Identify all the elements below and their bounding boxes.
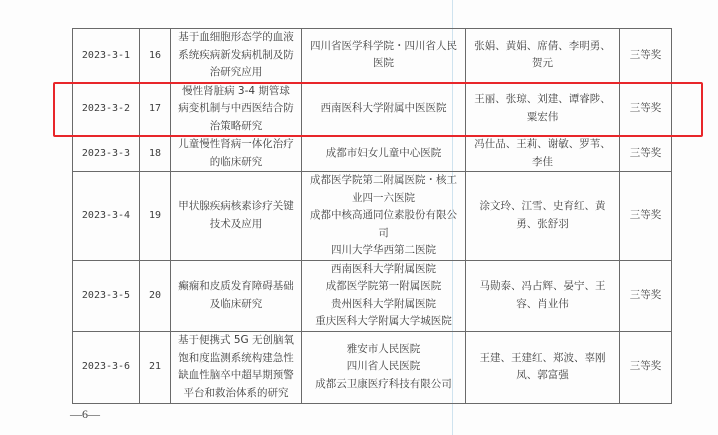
project-title: 慢性肾脏病 3-4 期管球病变机制与中西医结合防治策略研究 [171, 82, 302, 136]
organization: 成都云卫康医疗科技有限公司 [308, 376, 459, 394]
organization: 成都市妇女儿童中心医院 [308, 145, 459, 163]
award-id: 2023-3-1 [73, 29, 140, 83]
award-id: 2023-3-2 [73, 82, 140, 136]
project-title: 甲状腺疾病核素诊疗关键技术及应用 [171, 172, 302, 261]
award-number: 18 [140, 136, 171, 172]
table-row: 2023-3-6 21 基于便携式 5G 无创脑氧饱和度监测系统构建急性缺血性脑… [73, 331, 672, 403]
project-title: 癫痫和皮质发育障碍基础及临床研究 [171, 260, 302, 331]
award-level: 三等奖 [620, 136, 672, 172]
award-level: 三等奖 [620, 29, 672, 83]
award-level: 三等奖 [620, 172, 672, 261]
organization: 西南医科大学附属中医医院 [308, 100, 459, 118]
organization: 成都医学院第一附属医院 [308, 278, 459, 296]
award-number: 20 [140, 260, 171, 331]
team-members: 张娟、黄娟、席倩、李明勇、贺元 [466, 29, 620, 83]
award-level: 三等奖 [620, 260, 672, 331]
team-members: 马勋泰、冯占辉、晏宁、王容、肖业伟 [466, 260, 620, 331]
award-id: 2023-3-3 [73, 136, 140, 172]
team-members: 冯仕品、王莉、谢敏、罗苇、李佳 [466, 136, 620, 172]
project-title: 基于血细胞形态学的血液系统疾病新发病机制及防治研究应用 [171, 29, 302, 83]
award-number: 17 [140, 82, 171, 136]
award-number: 16 [140, 29, 171, 83]
award-level: 三等奖 [620, 82, 672, 136]
awards-table: 2023-3-1 16 基于血细胞形态学的血液系统疾病新发病机制及防治研究应用 … [72, 28, 672, 404]
organization: 成都医学院第二附属医院・核工业四一六医院 [308, 172, 459, 207]
award-id: 2023-3-5 [73, 260, 140, 331]
award-number: 21 [140, 331, 171, 403]
organizations: 西南医科大学附属医院 成都医学院第一附属医院 贵州医科大学附属医院 重庆医科大学… [302, 260, 466, 331]
award-id: 2023-3-6 [73, 331, 140, 403]
organizations: 成都市妇女儿童中心医院 [302, 136, 466, 172]
organization: 重庆医科大学附属大学城医院 [308, 313, 459, 331]
table-row: 2023-3-4 19 甲状腺疾病核素诊疗关键技术及应用 成都医学院第二附属医院… [73, 172, 672, 261]
table-row: 2023-3-3 18 儿童慢性肾病一体化治疗的临床研究 成都市妇女儿童中心医院… [73, 136, 672, 172]
organization: 西南医科大学附属医院 [308, 261, 459, 279]
project-title: 基于便携式 5G 无创脑氧饱和度监测系统构建急性缺血性脑卒中超早期预警平台和救治… [171, 331, 302, 403]
organization: 四川大学华西第二医院 [308, 242, 459, 260]
organizations: 四川省医学科学院・四川省人民医院 [302, 29, 466, 83]
team-members: 王建、王建红、郑波、辜刚凤、郭富强 [466, 331, 620, 403]
table-row: 2023-3-5 20 癫痫和皮质发育障碍基础及临床研究 西南医科大学附属医院 … [73, 260, 672, 331]
organization: 贵州医科大学附属医院 [308, 296, 459, 314]
team-members: 涂文玲、江雪、史育红、黄勇、张舒羽 [466, 172, 620, 261]
project-title: 儿童慢性肾病一体化治疗的临床研究 [171, 136, 302, 172]
team-members: 王丽、张琼、刘建、谭睿陟、粟宏伟 [466, 82, 620, 136]
table-row-highlighted: 2023-3-2 17 慢性肾脏病 3-4 期管球病变机制与中西医结合防治策略研… [73, 82, 672, 136]
organizations: 成都医学院第二附属医院・核工业四一六医院 成都中核高通同位素股份有限公司 四川大… [302, 172, 466, 261]
organization: 四川省医学科学院・四川省人民医院 [308, 38, 459, 73]
organization: 四川省人民医院 [308, 358, 459, 376]
award-id: 2023-3-4 [73, 172, 140, 261]
award-level: 三等奖 [620, 331, 672, 403]
page-number: —6— [70, 407, 100, 422]
organizations: 雅安市人民医院 四川省人民医院 成都云卫康医疗科技有限公司 [302, 331, 466, 403]
organizations: 西南医科大学附属中医医院 [302, 82, 466, 136]
award-number: 19 [140, 172, 171, 261]
organization: 成都中核高通同位素股份有限公司 [308, 207, 459, 242]
organization: 雅安市人民医院 [308, 341, 459, 359]
table-row: 2023-3-1 16 基于血细胞形态学的血液系统疾病新发病机制及防治研究应用 … [73, 29, 672, 83]
